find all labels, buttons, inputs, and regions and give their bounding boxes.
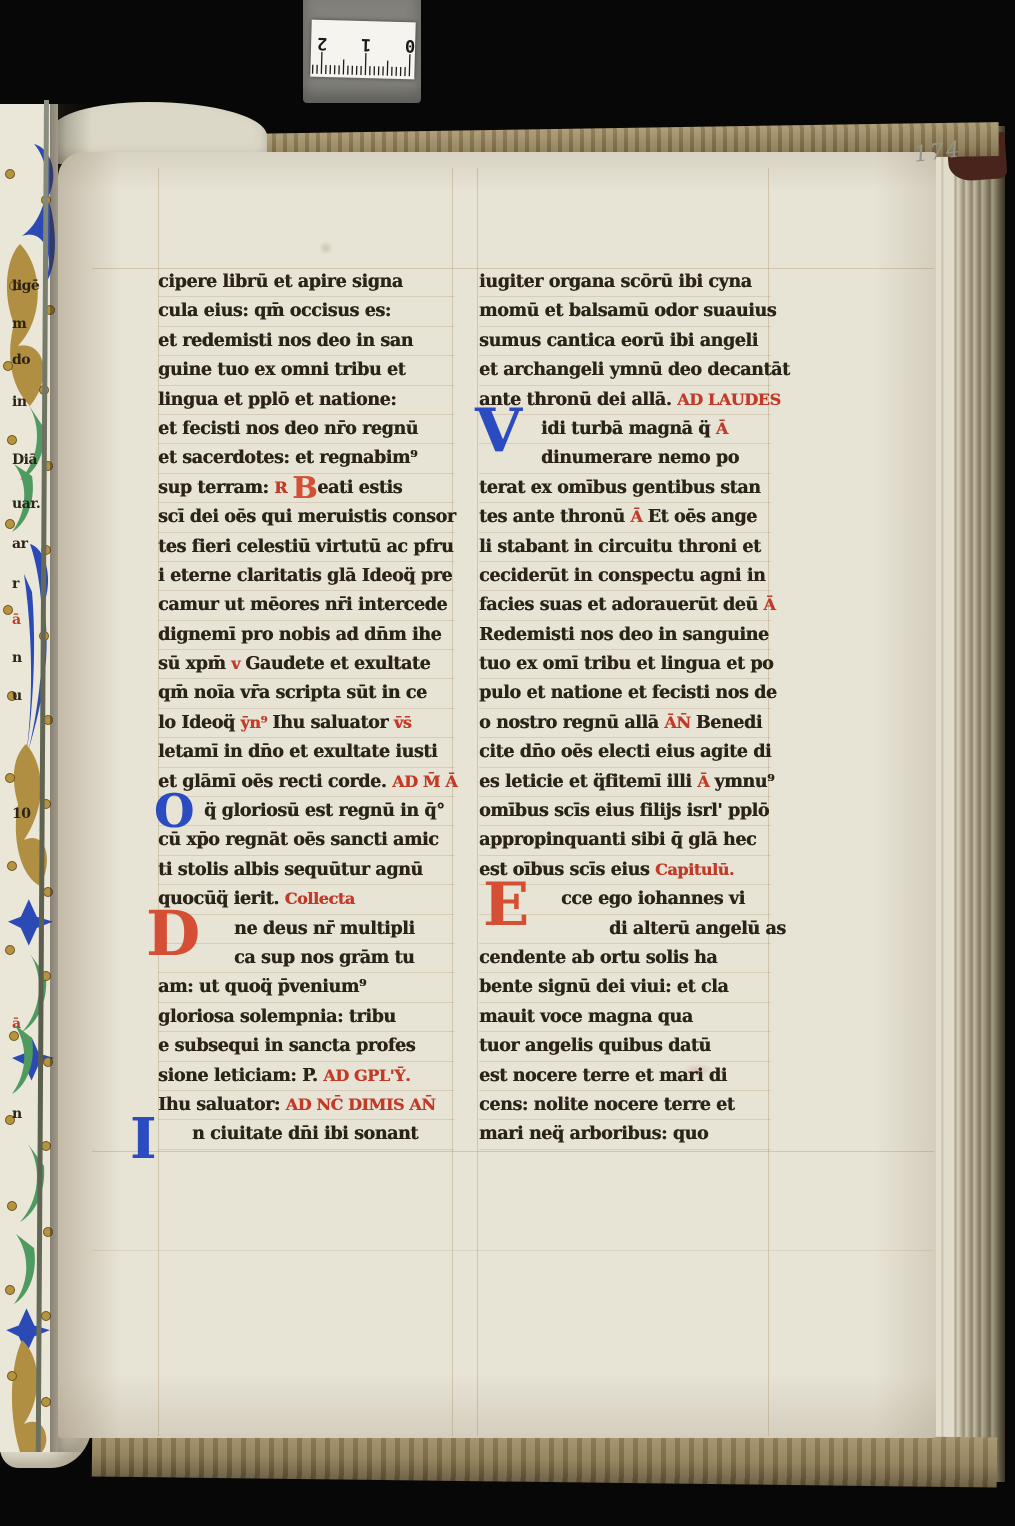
text-segment: Capitulū. <box>655 860 734 879</box>
text-line: et glāmī oēs recti corde. AD M̄ Ā <box>158 768 454 797</box>
text-segment: scī dei oēs qui meruistis consor <box>158 507 456 527</box>
text-segment: mari neq̈ arboribus: quo <box>479 1124 708 1144</box>
edge-text-fragment: in <box>12 394 27 410</box>
text-segment: cendente ab ortu solis ha <box>479 948 717 968</box>
text-line: dinumerare nemo po <box>479 444 771 473</box>
text-segment: appropinquanti sibi q̄ glā hec <box>479 830 756 850</box>
text-line: momū et balsamū odor suauius <box>479 297 771 326</box>
text-line: ti stolis albis sequūtur agnū <box>158 856 454 885</box>
text-line: cū xp̄o regnāt oēs sancti amic <box>158 826 454 855</box>
text-line: q̈ gloriosū est regnū in q̄° <box>158 797 454 826</box>
text-segment: et redemisti nos deo in san <box>158 331 413 351</box>
text-segment: cipere librū et apire signa <box>158 272 403 292</box>
text-segment: sū xpm̄ <box>158 654 231 674</box>
text-line: mauit voce magna qua <box>479 1003 771 1032</box>
text-segment: ceciderūt in conspectu agni in <box>479 566 765 586</box>
text-line: gloriosa solempnia: tribu <box>158 1003 454 1032</box>
text-segment: AD GPL'Ȳ. <box>323 1066 410 1085</box>
text-segment: AD M̄ Ā <box>392 772 457 791</box>
edge-text-fragment: u <box>12 688 22 704</box>
text-line: sumus cantica eorū ibi angeli <box>479 327 771 356</box>
text-line: quocūq̈ ierit. Collecta <box>158 885 454 914</box>
text-line: cipere librū et apire signa <box>158 268 454 297</box>
text-line: bente signū dei viui: et cla <box>479 973 771 1002</box>
text-segment: dignemī pro nobis ad dn̄m ihe <box>158 625 441 645</box>
text-line: scī dei oēs qui meruistis consor <box>158 503 454 532</box>
text-segment: ca sup nos grām tu <box>234 948 414 968</box>
text-segment: gloriosa solempnia: tribu <box>158 1007 396 1027</box>
text-line: et redemisti nos deo in san <box>158 327 454 356</box>
text-segment: Ā <box>763 595 775 614</box>
text-segment: Et oēs ange <box>648 507 757 527</box>
text-line: lo Ideoq̈ ȳn⁹ Ihu saluator v̄s̄ <box>158 709 454 738</box>
illuminated-initial: D <box>146 909 200 960</box>
text-segment: tuo ex omī tribu et lingua et po <box>479 654 773 674</box>
text-segment: Ihu saluator <box>272 713 394 733</box>
text-column-right: iugiter organa scōrū ibi cynamomū et bal… <box>479 268 771 1150</box>
text-segment: Ā <box>697 772 714 791</box>
text-line: cendente ab ortu solis ha <box>479 944 771 973</box>
illuminated-initial: E <box>483 881 529 930</box>
text-line: sū xpm̄ v Gaudete et exultate <box>158 650 454 679</box>
text-segment: v̄s̄ <box>394 713 412 732</box>
text-segment: Ā <box>716 419 728 438</box>
text-segment: omībus scīs eius filijs isrl' pplō <box>479 801 769 821</box>
text-segment: et archangeli ymnū deo decantāt <box>479 360 790 380</box>
text-line: tuo ex omī tribu et lingua et po <box>479 650 771 679</box>
text-segment: et fecisti nos deo nr̄o regnū <box>158 419 418 439</box>
illuminated-initial: I <box>130 1117 156 1163</box>
text-line: mari neq̈ arboribus: quo <box>479 1120 771 1149</box>
text-line: li stabant in circuitu throni et <box>479 533 771 562</box>
text-line: ne deus nr̄ multipli <box>158 915 454 944</box>
text-line: idi turbā magnā q̈ Ā <box>479 415 771 444</box>
edge-text-fragment: n <box>12 650 22 666</box>
edge-text-fragment: m <box>12 316 26 332</box>
text-line: appropinquanti sibi q̄ glā hec <box>479 826 771 855</box>
ruling-horizontal-lower <box>92 1250 934 1251</box>
text-segment: ymnu⁹ <box>714 772 774 792</box>
ruler-number-1: 1 <box>361 34 372 54</box>
text-line: iugiter organa scōrū ibi cyna <box>479 268 771 297</box>
edge-text-fragment: uar. <box>12 496 40 512</box>
text-segment: tes ante thronū <box>479 507 630 527</box>
text-segment: camur ut mēores nr̄i intercede <box>158 595 447 615</box>
text-segment: Redemisti nos deo in sanguine <box>479 625 769 645</box>
text-line: cite dn̄o oēs electi eius agite di <box>479 738 771 767</box>
text-segment: pulo et natione et fecisti nos de <box>479 683 777 703</box>
text-segment: Ihu saluator: <box>158 1095 286 1115</box>
text-line: terat ex omībus gentibus stan <box>479 474 771 503</box>
text-line: Redemisti nos deo in sanguine <box>479 621 771 650</box>
text-segment: ne deus nr̄ multipli <box>234 919 415 939</box>
text-segment: n ciuitate dn̄i ibi sonant <box>192 1124 418 1144</box>
text-line: et archangeli ymnū deo decantāt <box>479 356 771 385</box>
text-segment: q̈ gloriosū est regnū in q̄° <box>204 801 444 821</box>
ruler-number-2: 2 <box>317 33 328 53</box>
text-line: sup terram: R Beati estis <box>158 474 454 503</box>
text-segment: cite dn̄o oēs electi eius agite di <box>479 742 771 762</box>
text-line: tes fieri celestiū virtutū ac pfru <box>158 533 454 562</box>
text-segment: am: ut quoq̈ p̄venium⁹ <box>158 977 366 997</box>
text-line: n ciuitate dn̄i ibi sonant <box>158 1120 454 1149</box>
edge-text-fragment: ā <box>12 612 21 628</box>
text-segment: est nocere terre et mari di <box>479 1066 727 1086</box>
text-segment: tuor angelis quibus datū <box>479 1036 711 1056</box>
ruler: 0 1 2 <box>310 20 415 80</box>
edge-text-fragment: 10 <box>12 806 30 822</box>
text-line: qm̄ noīa vr̄a scripta sūt in ce <box>158 679 454 708</box>
text-segment: sup terram: <box>158 478 274 498</box>
text-segment: Gaudete et exultate <box>245 654 430 674</box>
text-segment: eati estis <box>317 478 402 498</box>
text-line: dignemī pro nobis ad dn̄m ihe <box>158 621 454 650</box>
text-segment: o nostro regnū allā <box>479 713 664 733</box>
text-line: i eterne claritatis glā Ideoq̈ pre <box>158 562 454 591</box>
text-segment: mauit voce magna qua <box>479 1007 693 1027</box>
edge-text-fragment: r <box>12 576 19 592</box>
text-segment: li stabant in circuitu throni et <box>479 537 761 557</box>
text-segment: letamī in dn̄o et exultate iusti <box>158 742 437 762</box>
text-line: Ihu saluator: AD NC̄ DIMIS AN̄ <box>158 1091 454 1120</box>
text-segment: Benedi <box>696 713 762 733</box>
text-line: tuor angelis quibus datū <box>479 1032 771 1061</box>
ruling-vertical-mid-right <box>477 168 478 1436</box>
text-line: ceciderūt in conspectu agni in <box>479 562 771 591</box>
text-segment: facies suas et adorauerūt deū <box>479 595 763 615</box>
text-segment: et sacerdotes: et regnabim⁹ <box>158 448 417 468</box>
text-line: et fecisti nos deo nr̄o regnū <box>158 415 454 444</box>
text-line: letamī in dn̄o et exultate iusti <box>158 738 454 767</box>
text-segment: tes fieri celestiū virtutū ac pfru <box>158 537 453 557</box>
edge-text-fragment: do <box>12 352 30 368</box>
text-line: o nostro regnū allā ĀN̄ Benedi <box>479 709 771 738</box>
text-line: est nocere terre et mari di <box>479 1062 771 1091</box>
text-segment: momū et balsamū odor suauius <box>479 301 776 321</box>
text-line: ante thronū dei allā. AD LAUDES <box>479 386 771 415</box>
text-segment: cce ego iohannes vi <box>561 889 745 909</box>
text-line: am: ut quoq̈ p̄venium⁹ <box>158 973 454 1002</box>
text-line: pulo et natione et fecisti nos de <box>479 679 771 708</box>
text-segment: cens: nolite nocere terre et <box>479 1095 734 1115</box>
text-segment: v <box>231 654 245 673</box>
text-segment: AD LAUDES <box>677 390 781 409</box>
text-segment: sumus cantica eorū ibi angeli <box>479 331 758 351</box>
text-line: lingua et pplō et natione: <box>158 386 454 415</box>
text-segment: iugiter organa scōrū ibi cyna <box>479 272 752 292</box>
text-segment: ĀN̄ <box>664 713 695 732</box>
text-line: es leticie et q̈fitemī illi Ā ymnu⁹ <box>479 768 771 797</box>
edge-text-fragment: ā <box>12 1016 21 1032</box>
text-segment: dinumerare nemo po <box>541 448 739 468</box>
text-line: omībus scīs eius filijs isrl' pplō <box>479 797 771 826</box>
text-segment: es leticie et q̈fitemī illi <box>479 772 697 792</box>
text-line: tes ante thronū Ā Et oēs ange <box>479 503 771 532</box>
text-line: ca sup nos grām tu <box>158 944 454 973</box>
illuminated-initial: V <box>475 407 522 456</box>
text-segment: bente signū dei viui: et cla <box>479 977 728 997</box>
text-segment: sione leticiam: P. <box>158 1066 323 1086</box>
text-segment: guine tuo ex omni tribu et <box>158 360 405 380</box>
text-line: cens: nolite nocere terre et <box>479 1091 771 1120</box>
fore-edge-pages <box>933 126 1005 1482</box>
text-segment: AD NC̄ DIMIS AN̄ <box>286 1095 436 1114</box>
edge-text-fragment: Diā <box>12 452 37 468</box>
text-segment: R <box>274 478 292 497</box>
text-segment: Ā <box>630 507 647 526</box>
text-segment: ti stolis albis sequūtur agnū <box>158 860 423 880</box>
text-segment: di alterū angelū as <box>609 919 786 939</box>
ruling-horizontal-bottom <box>92 1151 934 1152</box>
text-segment: cū xp̄o regnāt oēs sancti amic <box>158 830 438 850</box>
text-line: sione leticiam: P. AD GPL'Ȳ. <box>158 1062 454 1091</box>
text-line: e subsequi in sancta profes <box>158 1032 454 1061</box>
text-segment: i eterne claritatis glā Ideoq̈ pre <box>158 566 452 586</box>
text-segment: qm̄ noīa vr̄a scripta sūt in ce <box>158 683 427 703</box>
text-segment: cula eius: qm̄ occisus es: <box>158 301 391 321</box>
ruler-number-0: 0 <box>405 35 416 55</box>
text-column-left: cipere librū et apire signacula eius: qm… <box>158 268 454 1150</box>
text-line: facies suas et adorauerūt deū Ā <box>479 591 771 620</box>
illuminated-initial: O <box>154 793 194 831</box>
manuscript-photo: ligēmdoinDiāuar.arrānu10ān cipere librū … <box>0 0 1015 1526</box>
edge-text-fragment: ar <box>12 536 27 552</box>
text-segment: idi turbā magnā q̈ <box>541 419 716 439</box>
text-line: et sacerdotes: et regnabim⁹ <box>158 444 454 473</box>
text-line: guine tuo ex omni tribu et <box>158 356 454 385</box>
text-line: cula eius: qm̄ occisus es: <box>158 297 454 326</box>
edge-text-fragment: ligē <box>12 278 39 294</box>
text-segment: lo Ideoq̈ <box>158 713 240 733</box>
text-line: camur ut mēores nr̄i intercede <box>158 591 454 620</box>
text-segment: e subsequi in sancta profes <box>158 1036 415 1056</box>
text-segment: terat ex omībus gentibus stan <box>479 478 760 498</box>
text-segment: ȳn⁹ <box>240 713 272 732</box>
text-segment: lingua et pplō et natione: <box>158 390 396 410</box>
text-segment: Collecta <box>285 889 355 908</box>
edge-text-fragment: n <box>12 1106 22 1122</box>
text-segment: B <box>292 471 317 506</box>
